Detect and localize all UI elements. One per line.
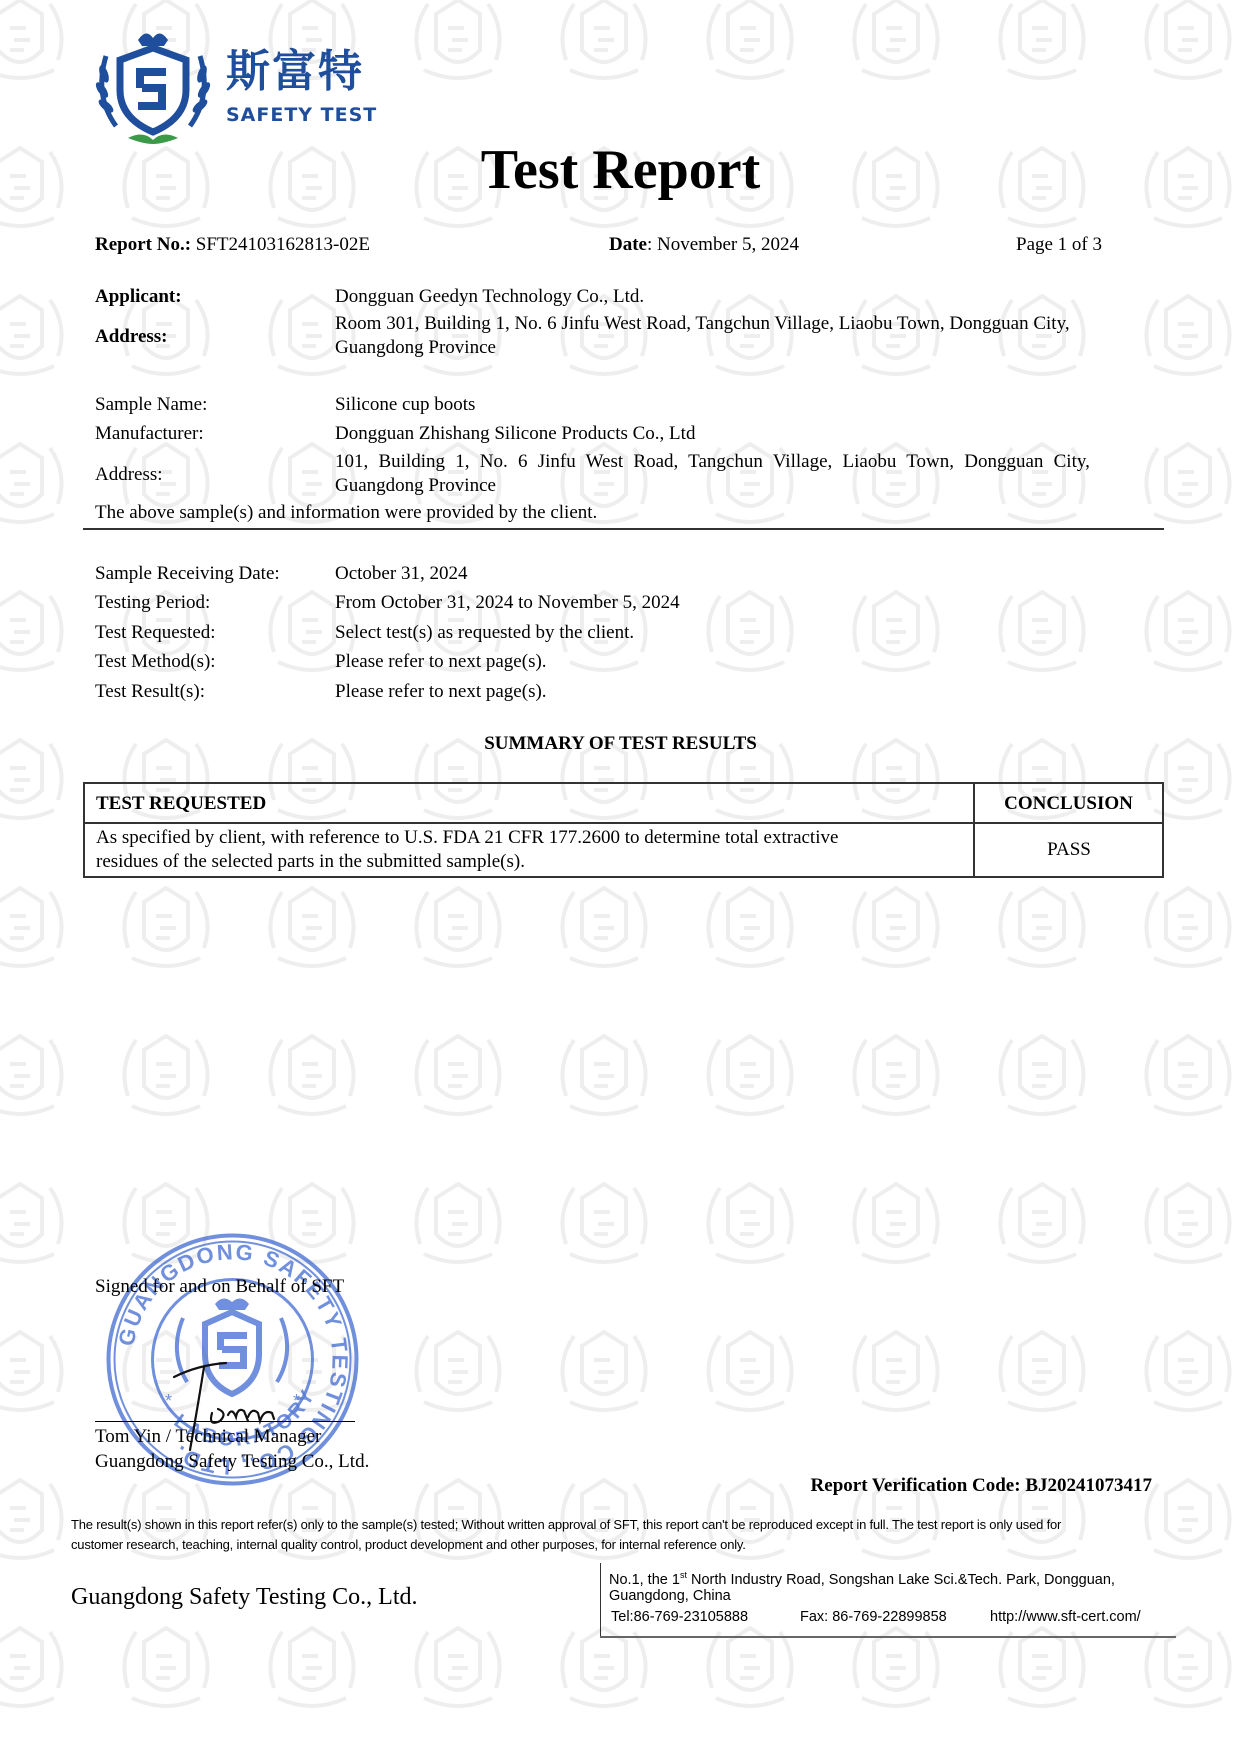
sample-name-label: Sample Name:: [95, 393, 207, 417]
signatory-company: Guangdong Safety Testing Co., Ltd.: [95, 1450, 369, 1474]
test-requested-cell: As specified by client, with reference t…: [84, 823, 974, 877]
report-date-label: Date: [609, 234, 647, 255]
footer-website-link[interactable]: http://www.sft-cert.com/: [990, 1607, 1141, 1627]
applicant-label: Applicant:: [95, 285, 182, 309]
testing-period-label: Testing Period:: [95, 591, 210, 615]
test-result-label: Test Result(s):: [95, 680, 205, 704]
sample-provided-note: The above sample(s) and information were…: [95, 501, 597, 525]
shield-laurel-icon: [88, 26, 218, 148]
applicant-address-line1: Room 301, Building 1, No. 6 Jinfu West R…: [335, 312, 1070, 336]
signatory-name: Tom Yin / Technical Manager: [95, 1425, 321, 1449]
logo-chinese-name: 斯富特: [226, 48, 364, 96]
applicant-address-line2: Guangdong Province: [335, 336, 496, 360]
summary-title: SUMMARY OF TEST RESULTS: [0, 732, 1241, 756]
column-header-conclusion: CONCLUSION: [974, 783, 1163, 823]
footer-company-name: Guangdong Safety Testing Co., Ltd.: [71, 1582, 418, 1612]
footer-tel: Tel:86-769-23105888: [611, 1607, 748, 1627]
footer-fax: Fax: 86-769-22899858: [800, 1607, 947, 1627]
manufacturer-value: Dongguan Zhishang Silicone Products Co.,…: [335, 422, 695, 446]
test-method-value: Please refer to next page(s).: [335, 650, 547, 674]
footer-address-suffix: North Industry Road, Songshan Lake Sci.&…: [687, 1572, 1115, 1588]
manufacturer-address-line1: 101, Building 1, No. 6 Jinfu West Road, …: [335, 450, 1090, 474]
page-indicator: Page 1 of 3: [1016, 233, 1102, 257]
manufacturer-address-label: Address:: [95, 463, 163, 487]
footer-rule: [600, 1636, 1176, 1638]
test-requested-label: Test Requested:: [95, 621, 216, 645]
report-number-value: SFT24103162813-02E: [196, 234, 370, 255]
conclusion-cell: PASS: [974, 823, 1163, 877]
test-result-value: Please refer to next page(s).: [335, 680, 547, 704]
verification-code: Report Verification Code: BJ20241073417: [811, 1474, 1152, 1498]
disclaimer-line2: customer research, teaching, internal qu…: [71, 1535, 746, 1555]
receiving-date-label: Sample Receiving Date:: [95, 562, 280, 586]
table-header-row: TEST REQUESTED CONCLUSION: [84, 783, 1163, 823]
testing-period-value: From October 31, 2024 to November 5, 202…: [335, 591, 680, 615]
section-divider: [83, 528, 1164, 530]
footer-divider: [600, 1563, 601, 1637]
report-number: Report No.: SFT24103162813-02E: [95, 233, 370, 257]
report-date-value: : November 5, 2024: [647, 234, 799, 255]
test-method-label: Test Method(s):: [95, 650, 216, 674]
logo-english-name: SAFETY TEST: [226, 104, 377, 126]
receiving-date-value: October 31, 2024: [335, 562, 467, 586]
test-requested-value: Select test(s) as requested by the clien…: [335, 621, 634, 645]
column-header-test-requested: TEST REQUESTED: [84, 783, 974, 823]
disclaimer-line1: The result(s) shown in this report refer…: [71, 1515, 1061, 1535]
manufacturer-label: Manufacturer:: [95, 422, 204, 446]
sample-name-value: Silicone cup boots: [335, 393, 475, 417]
applicant-address-label: Address:: [95, 325, 168, 349]
report-number-label: Report No.:: [95, 234, 191, 255]
table-row: As specified by client, with reference t…: [84, 823, 1163, 877]
company-logo: 斯富特 SAFETY TEST: [88, 26, 398, 148]
applicant-value: Dongguan Geedyn Technology Co., Ltd.: [335, 285, 644, 309]
footer-address-line2: Guangdong, China: [609, 1586, 731, 1606]
page-title: Test Report: [0, 138, 1241, 202]
footer-address-sup: st: [680, 1570, 687, 1580]
test-requested-line1: As specified by client, with reference t…: [96, 826, 963, 850]
test-requested-line2: residues of the selected parts in the su…: [96, 850, 963, 874]
signed-for-label: Signed for and on Behalf of SFT: [95, 1275, 344, 1299]
summary-table: TEST REQUESTED CONCLUSION As specified b…: [83, 782, 1164, 878]
report-date: Date: November 5, 2024: [609, 233, 799, 257]
manufacturer-address-line2: Guangdong Province: [335, 474, 496, 498]
